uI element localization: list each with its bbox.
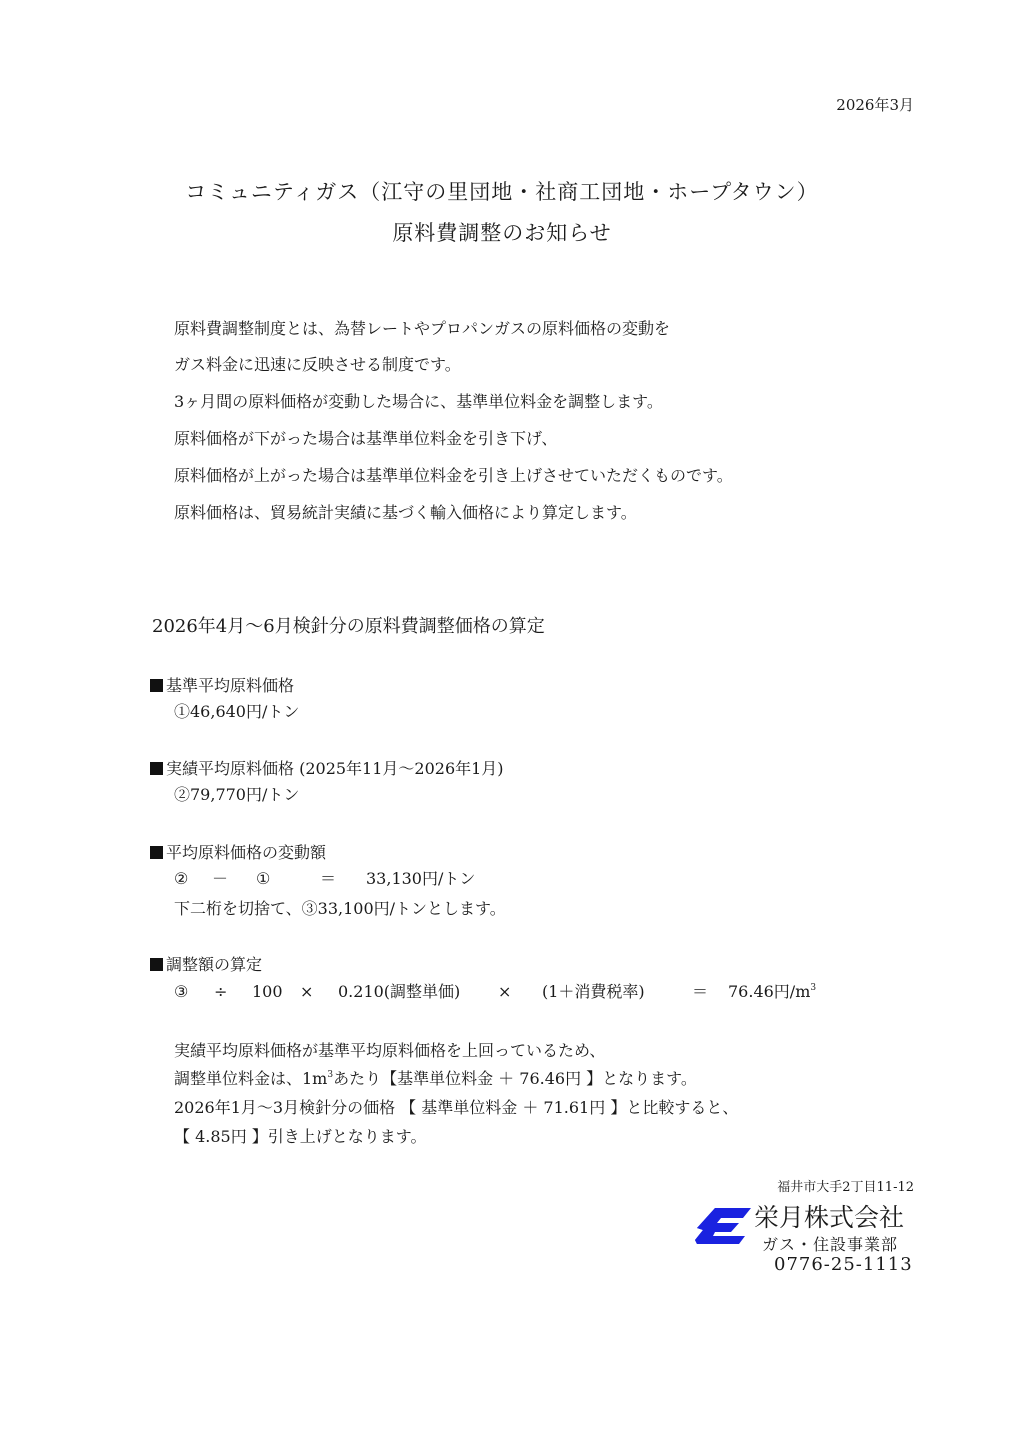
- intro-line: 原料価格は、貿易統計実績に基づく輸入価格により算定します。: [174, 500, 637, 523]
- section-variation-title: 平均原料価格の変動額: [150, 840, 326, 863]
- intro-line: 3ヶ月間の原料価格が変動した場合に、基準単位料金を調整します。: [174, 389, 663, 412]
- intro-line: 原料価格が下がった場合は基準単位料金を引き下げ、: [174, 426, 557, 449]
- intro-line: 原料費調整制度とは、為替レートやプロパンガスの原料価格の変動を: [174, 316, 670, 339]
- section-base-price-title: 基準平均原料価格: [150, 673, 294, 696]
- company-phone: 0776-25-1113: [774, 1254, 913, 1275]
- document-title: コミュニティガス（江守の里団地・社商工団地・ホープタウン）: [0, 176, 1004, 206]
- square-bullet-icon: [150, 679, 163, 692]
- document-subtitle: 原料費調整のお知らせ: [0, 217, 1004, 247]
- variation-rounding-note: 下二桁を切捨て、③33,100円/トンとします。: [174, 896, 506, 919]
- square-bullet-icon: [150, 958, 163, 971]
- conclusion-line: 2026年1月～3月検針分の価格 【 基準単位料金 ＋ 71.61円 】と比較す…: [174, 1095, 738, 1118]
- company-address: 福井市大手2丁目11-12: [777, 1176, 914, 1195]
- section-adjustment-title: 調整額の算定: [150, 952, 262, 975]
- company-department: ガス・住設事業部: [762, 1232, 898, 1255]
- conclusion-line: 【 4.85円 】引き上げとなります。: [174, 1124, 427, 1147]
- section-actual-price-title: 実績平均原料価格 (2025年11月～2026年1月): [150, 756, 504, 779]
- calculation-heading: 2026年4月～6月検針分の原料費調整価格の算定: [152, 612, 545, 638]
- intro-line: 原料価格が上がった場合は基準単位料金を引き上げさせていただくものです。: [174, 463, 733, 486]
- variation-formula: ②－①＝33,130円/トン: [174, 866, 475, 889]
- conclusion-line: 実績平均原料価格が基準平均原料価格を上回っているため、: [174, 1038, 605, 1061]
- intro-line: ガス料金に迅速に反映させる制度です。: [174, 352, 461, 375]
- actual-price-value: ②79,770円/トン: [174, 782, 299, 805]
- company-name: 栄月株式会社: [754, 1198, 904, 1234]
- document-date: 2026年3月: [836, 94, 914, 115]
- base-price-value: ①46,640円/トン: [174, 699, 299, 722]
- square-bullet-icon: [150, 846, 163, 859]
- square-bullet-icon: [150, 762, 163, 775]
- adjustment-formula: ③÷100×0.210(調整単価)×(1＋消費税率)＝76.46円/m3: [174, 979, 816, 1002]
- company-logo-icon: [695, 1206, 751, 1246]
- conclusion-line: 調整単位料金は、1m3あたり【基準単位料金 ＋ 76.46円 】となります。: [174, 1066, 697, 1089]
